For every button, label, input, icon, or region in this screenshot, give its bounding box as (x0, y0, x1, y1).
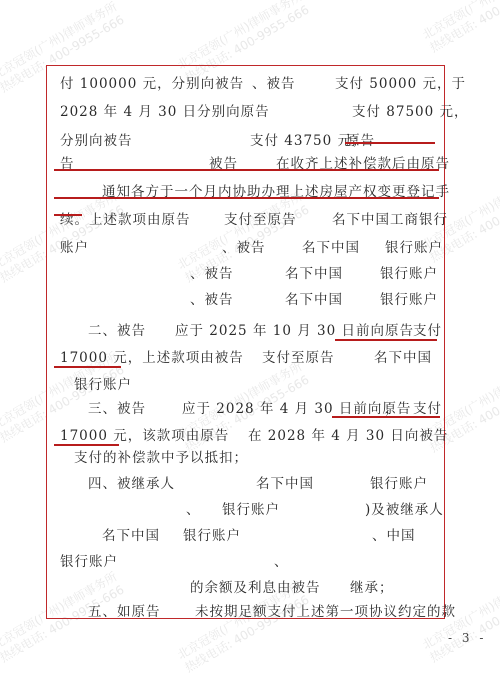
text-segment: 在 2028 年 4 月 30 日向被告 (248, 424, 448, 444)
text-segment: 的余额及利息由被告 (190, 576, 321, 596)
text-segment: 名下中国 (374, 346, 432, 366)
text-segment: 支付至原告 (262, 346, 335, 366)
text-segment: 、 (186, 498, 201, 518)
text-segment: 、被告 (252, 72, 296, 92)
text-segment: 银行账户 (60, 550, 118, 570)
text-segment: 继承； (350, 576, 394, 596)
text-segment: 银行账户 (380, 288, 438, 308)
text-segment: 原告 (346, 129, 375, 149)
text-segment: 五、如原告 (88, 600, 161, 620)
text-segment: )及被继承人 (365, 498, 444, 518)
text-segment: 支付 50000 元，于 (335, 72, 466, 92)
text-segment: 、 (274, 550, 289, 570)
text-segment: 银行账户 (370, 472, 428, 492)
text-segment: 、被告 (190, 262, 234, 282)
underline-annotation (332, 416, 440, 418)
text-segment: 银行账户 (183, 524, 241, 544)
text-segment: 17000 元，上述款项由被告 (60, 346, 244, 366)
text-segment: 应于 2028 年 4 月 30 日前向原告 (182, 397, 411, 417)
text-segment: 银行账户 (222, 498, 280, 518)
text-segment: 、被告 (222, 236, 266, 256)
text-segment: 三、被告 (88, 397, 146, 417)
text-segment: 支付 87500 元， (352, 100, 469, 120)
underline-annotation (54, 444, 119, 446)
text-segment: 支付 (413, 319, 442, 339)
text-segment: 名下中国 (102, 524, 160, 544)
text-segment: 支付 (413, 397, 442, 417)
underline-annotation (54, 214, 82, 216)
text-segment: 、中国 (372, 524, 416, 544)
text-segment: 未按期足额支付上述第一项协议约定的款 (195, 600, 456, 620)
text-segment: 支付的补偿款中予以抵扣； (74, 446, 248, 466)
text-segment: 、被告 (190, 288, 234, 308)
text-segment: 17000 元，该款项由原告 (60, 424, 229, 444)
page-number: - 3 - (448, 631, 486, 645)
text-segment: 名下中国工商银行 (332, 208, 448, 228)
underline-annotation (54, 197, 439, 199)
text-segment: ， (385, 397, 400, 417)
text-segment: 银行账户 (74, 373, 132, 393)
underline-annotation (54, 366, 121, 368)
text-segment: 续。上述款项由原告 (60, 208, 191, 228)
text-segment: 分别向被告 (60, 129, 133, 149)
text-segment: 名下中国 (256, 472, 314, 492)
text-segment: 2028 年 4 月 30 日分别向原告 (60, 100, 270, 120)
underline-annotation (54, 169, 439, 171)
text-segment: 支付至原告 (224, 208, 297, 228)
text-segment: 名下中国 (285, 262, 343, 282)
text-segment: 四、被继承人 (88, 472, 175, 492)
text-segment: 名下中国 (285, 288, 343, 308)
text-segment: 银行账户 (380, 262, 438, 282)
text-segment: 账户 (60, 236, 89, 256)
watermark: 北京冠领(广州)律师事务所热线电话: 400-9955-666 (420, 0, 500, 56)
underline-annotation (335, 339, 437, 341)
text-segment: 二、被告 (88, 319, 146, 339)
text-segment: 应于 2025 年 10 月 30 日前向原告 (175, 319, 414, 339)
text-segment: 银行账户 (385, 236, 443, 256)
underline-annotation (345, 142, 435, 144)
text-segment: 付 100000 元，分别向被告 (60, 72, 244, 92)
text-segment: 名下中国 (302, 236, 360, 256)
